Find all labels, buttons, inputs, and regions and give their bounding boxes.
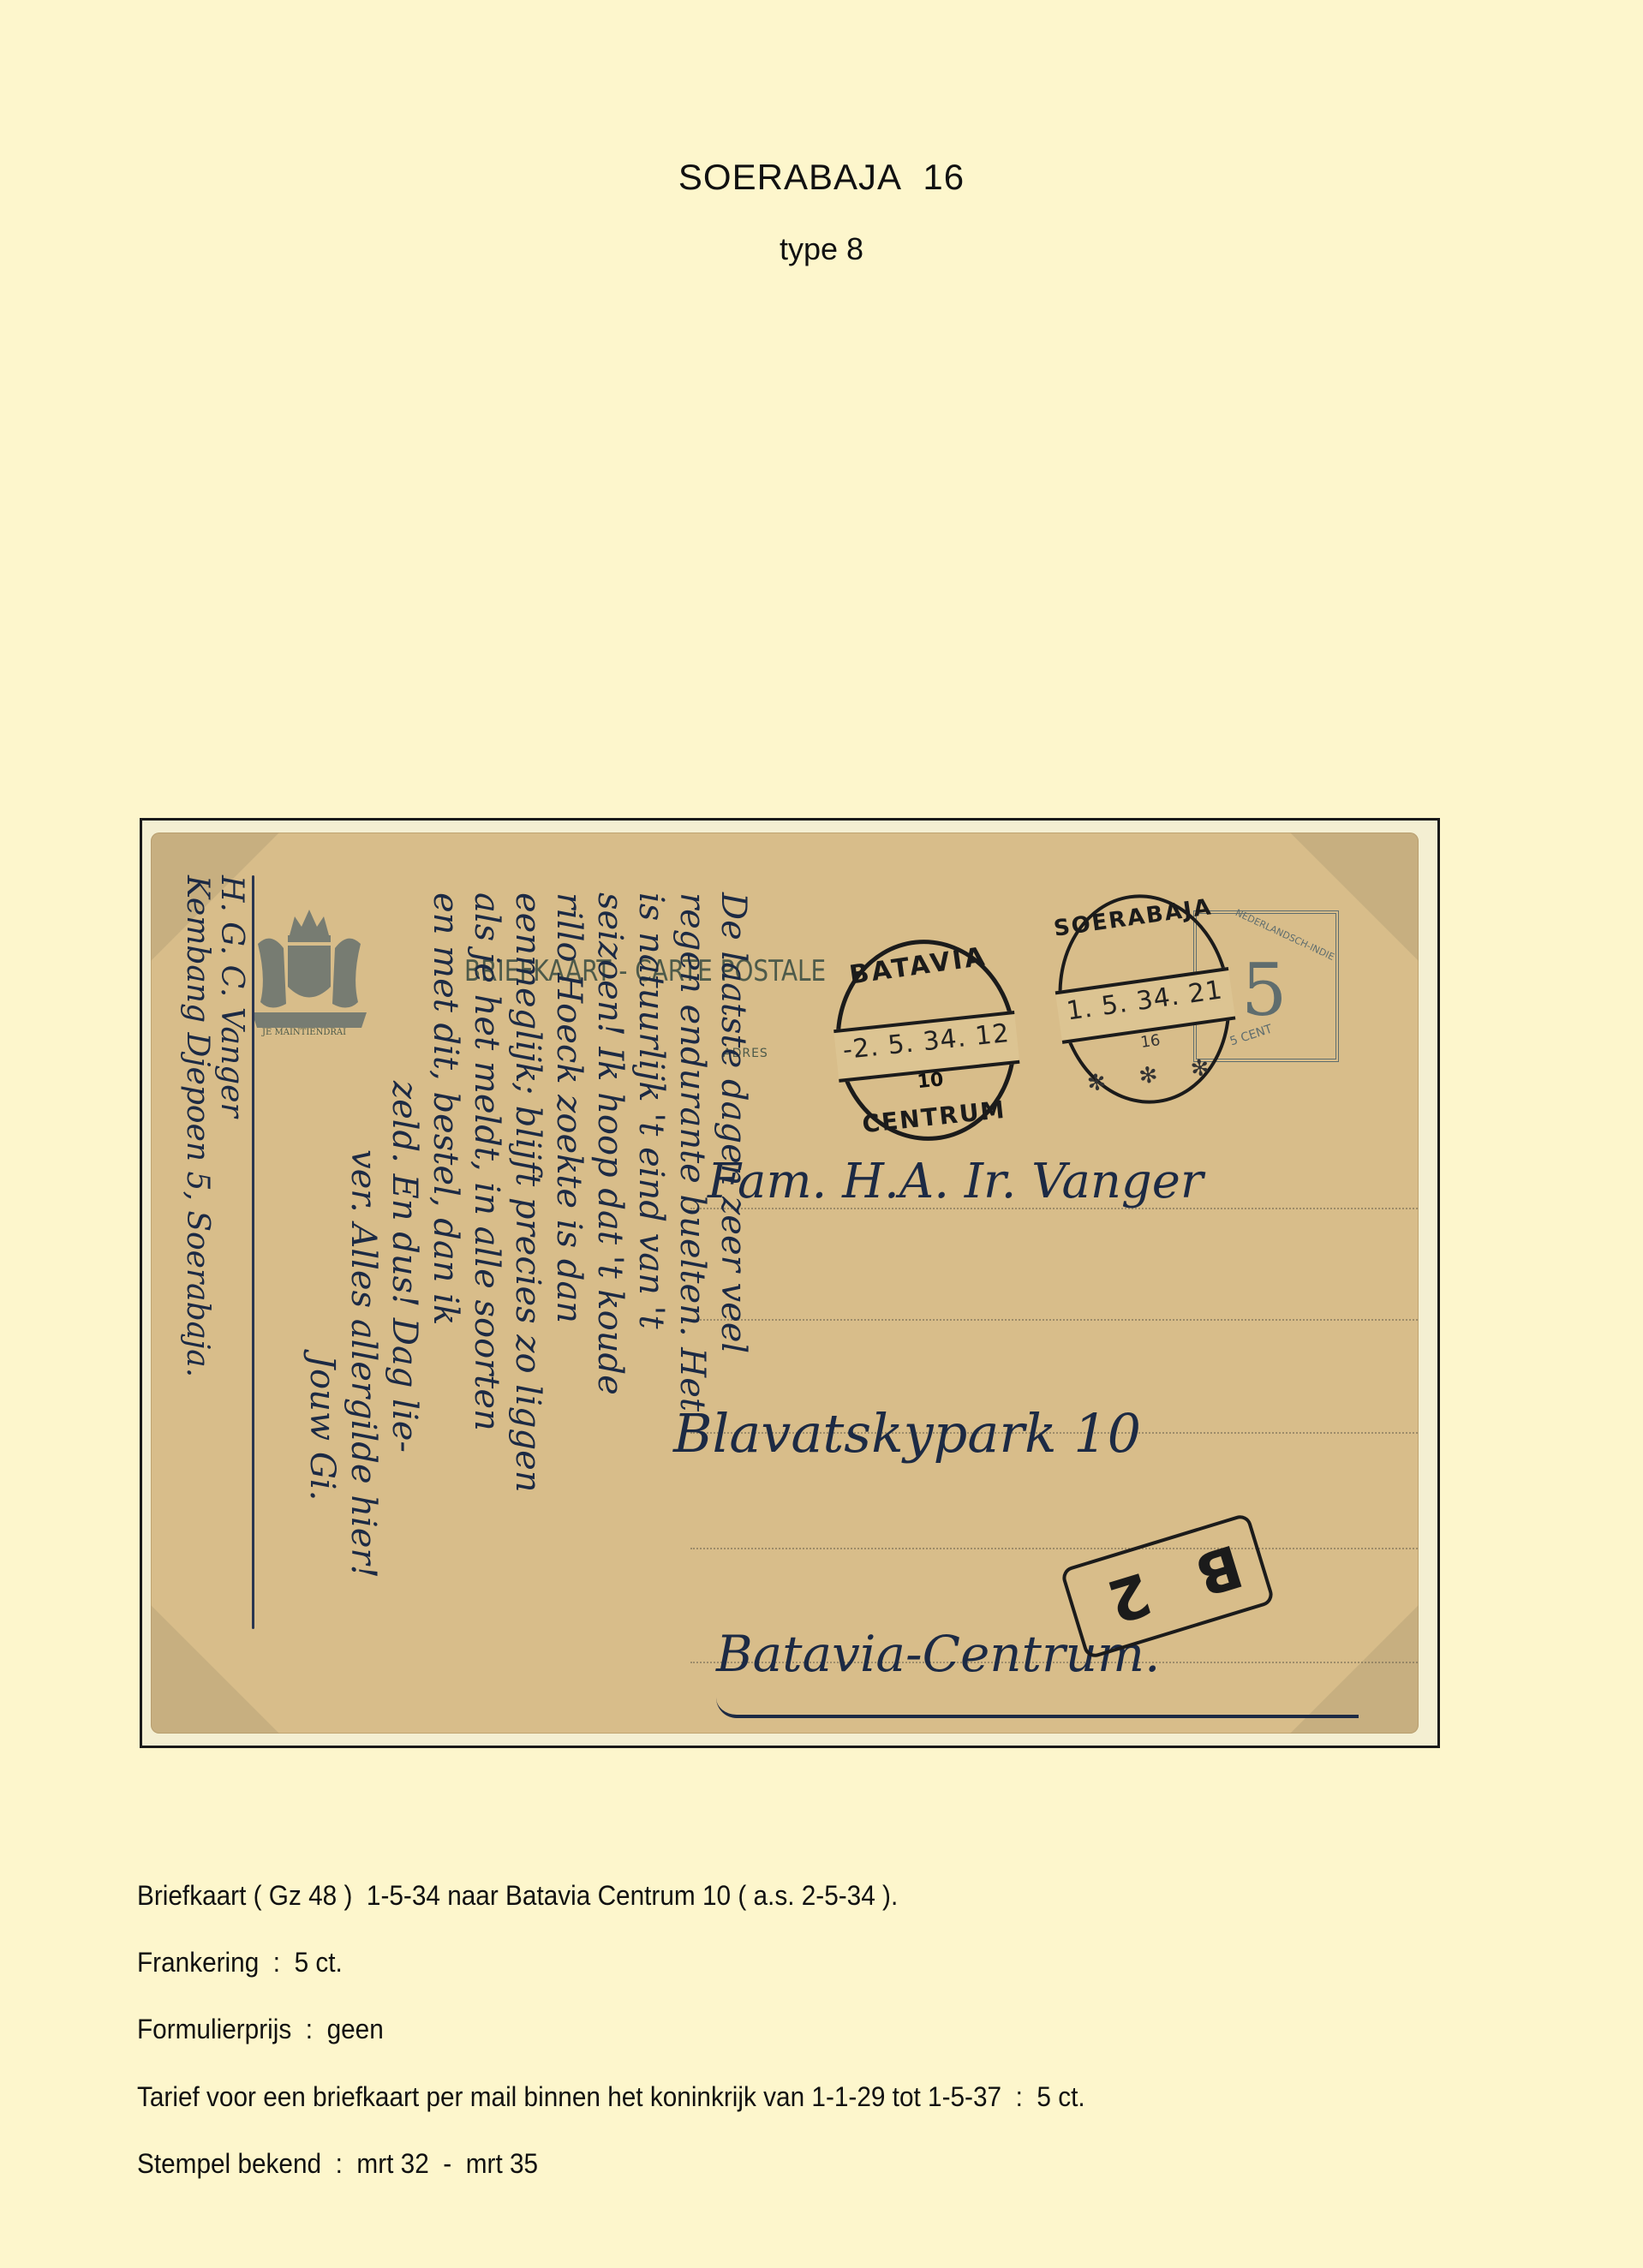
message-line: als je het meldt, in alle soorten xyxy=(469,892,504,1431)
message-line: rillo Hoeck zoekte is dan xyxy=(552,892,586,1323)
sender-name: H. G. C. Vanger xyxy=(214,875,249,1118)
address-underline xyxy=(716,1698,1359,1718)
page-title: SOERABAJA 16 xyxy=(0,157,1643,198)
recipient-name: Fam. H.A. Ir. Vanger xyxy=(708,1154,1204,1209)
description-line: Tarief voor een briefkaart per mail binn… xyxy=(137,2081,1085,2113)
postmark-batavia: BATAVIA -2. 5. 34. 12 10 CENTRUM xyxy=(826,931,1025,1150)
sender-divider xyxy=(252,875,254,1629)
message-line: ver. Alles allergilde hier! xyxy=(346,1149,380,1579)
description-line: Frankering : 5 ct. xyxy=(137,1947,343,1979)
postmark-soerabaja: SOERABAJA 1. 5. 34. 21 16 ✻ ✻ ✻ xyxy=(1045,883,1244,1114)
b2-label: B 2 xyxy=(1083,1522,1252,1646)
handwritten-message: De laatste dagen zeer veel regen enduran… xyxy=(322,892,768,1646)
message-line: is natuurlijk 't eind van 't xyxy=(634,892,668,1329)
message-line: seizoen! Ik hoop dat 't koude xyxy=(593,892,627,1395)
postcard: JE MAINTIENDRAI BRIEFKAART - CARTE POSTA… xyxy=(151,833,1419,1734)
sender-address: Kembang Djepoen 5, Soerabaja. xyxy=(180,875,215,1377)
b2-handstamp: B 2 xyxy=(1060,1513,1276,1660)
postmark-town: BATAVIA xyxy=(831,940,1005,993)
description-line: Briefkaart ( Gz 48 ) 1-5-34 naar Batavia… xyxy=(137,1880,898,1912)
message-line: en met dit, bestel, dan ik xyxy=(428,892,463,1325)
description-line: Formulierprijs : geen xyxy=(137,2014,384,2045)
postmark-town: SOERABAJA xyxy=(1050,894,1216,942)
message-line: De laatste dagen zeer veel xyxy=(716,892,750,1353)
address-line xyxy=(690,1548,1419,1549)
mount-corner xyxy=(151,1605,279,1734)
page-subtitle: type 8 xyxy=(0,231,1643,267)
message-line: regen endurante buelten. Het xyxy=(675,892,709,1412)
message-line: zeld. En dus! Dag lie- xyxy=(387,1081,421,1453)
address-line xyxy=(690,1319,1419,1321)
description-line: Stempel bekend : mrt 32 - mrt 35 xyxy=(137,2148,538,2180)
postmark-district: CENTRUM xyxy=(847,1094,1020,1140)
stamp-value: 5 xyxy=(1241,948,1287,1032)
message-line: eenmeglijk; blijft precies zo liggen xyxy=(511,892,545,1493)
message-signature: Jouw Gi. xyxy=(305,1355,339,1501)
